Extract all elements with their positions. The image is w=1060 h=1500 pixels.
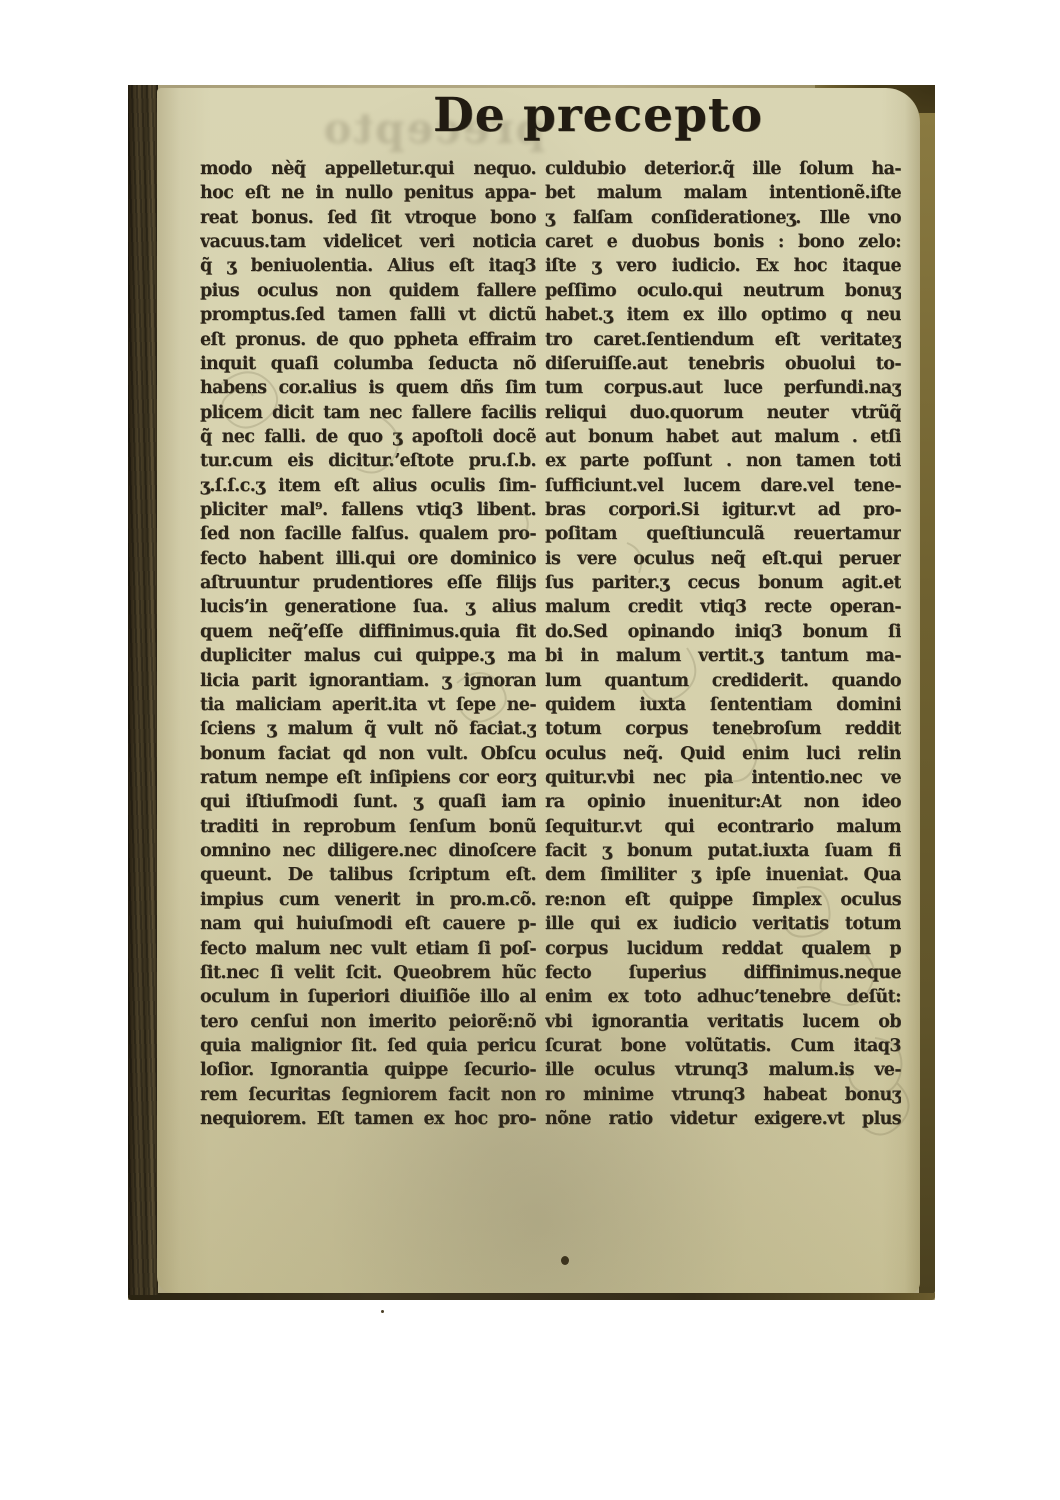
text-line: tro caret.ſentiendum eſt veritateʒ [545,328,901,352]
text-line: tur.cum eis dicitur.ʼeſtote pru.ſ.b. [200,449,536,473]
text-line: qui iſtiuſmodi ſunt. ʒ quaſi iam [200,790,536,814]
text-line: do.Sed opinando iniq3 bonum ſi [545,620,901,644]
text-line: totum corpus tenebroſum reddit [545,717,901,741]
text-line: enim ex toto adhucʼtenebre deſũt: [545,985,901,1009]
text-line: pliciter mal⁹. fallens vtiq3 libent. [200,498,536,522]
text-line: impius cum venerit in pro.m.cõ. [200,888,536,912]
text-line: ʒ falſam conſiderationeʒ. Ille vno [545,206,901,230]
text-line: quem neq̃ʼeſſe diffinimus.quia fit [200,620,536,644]
text-line: ſciens ʒ malum q̃ vult nõ faciat.ʒ [200,717,536,741]
text-line: lucisʼin generatione ſua. ʒ alius [200,595,536,619]
text-line: rem ſecuritas ſegniorem facit non [200,1083,536,1107]
text-line: ſus pariter.ʒ cecus bonum agit.et [545,571,901,595]
text-line: ſed non facille falſus. qualem pro- [200,522,536,546]
text-line: dem ſimiliter ʒ ipſe inueniat. Qua [545,863,901,887]
bottom-page-edge [128,1293,935,1300]
text-line: modo nèq̃ appelletur.qui nequo. [200,157,536,181]
text-line: bonum faciat qd non vult. Obſcu [200,742,536,766]
text-line: facit ʒ bonum putat.iuxta ſuam fi [545,839,901,863]
text-column-left: modo nèq̃ appelletur.qui nequo.hoc eſt n… [200,157,536,1131]
text-line: is vere oculus neq̃ eſt.qui peruer [545,547,901,571]
text-line: ille qui ex iudicio veritatis totum [545,912,901,936]
text-line: eſt pronus. de quo ppheta effraim [200,328,536,352]
text-line: bras corpori.Si igitur.vt ad pro- [545,498,901,522]
text-line: promptus.ſed tamen falli vt dictũ [200,303,536,327]
text-line: traditi in reprobum ſenſum bonũ [200,815,536,839]
text-line: nam qui huiuſmodi eſt cauere p- [200,912,536,936]
text-line: ro minime vtrunq3 habeat bonuʒ [545,1083,901,1107]
page-title: De precepto [433,88,763,143]
text-line: corpus lucidum reddat qualem p [545,937,901,961]
text-line: dupliciter malus cui quippe.ʒ ma [200,644,536,668]
text-line: ratum nempe eſt inſipiens cor eorʒ [200,766,536,790]
text-line: bet malum malam intentionẽ.iſte [545,181,901,205]
text-line: q̃ ʒ beniuolentia. Alius eſt itaq3 [200,254,536,278]
text-line: plicem dicit tam nec fallere facilis [200,401,536,425]
text-line: tia maliciam aperit.ita vt ſepe ne- [200,693,536,717]
text-line: licia parit ignorantiam. ʒ ignoran [200,669,536,693]
text-line: bi in malum vertit.ʒ tantum ma- [545,644,901,668]
paper-speck [381,1310,384,1313]
text-line: fecto habent illi.qui ore dominico [200,547,536,571]
text-line: pius oculus non quidem fallere [200,279,536,303]
paper-speck [886,286,890,292]
text-line: aut bonum habet aut malum . etſi [545,425,901,449]
text-line: habet.ʒ item ex illo optimo q neu [545,303,901,327]
text-line: quidem iuxta ſententiam domini [545,693,901,717]
text-line: oculum in ſuperiori diuiſiõe illo al [200,985,536,1009]
text-line: habens cor.alius is quem dñs ſim [200,376,536,400]
text-line: vbi ignorantia veritatis lucem ob [545,1010,901,1034]
text-line: nõne ratio videtur exigere.vt plus [545,1107,901,1131]
scanned-book-page: precepto De precepto modo nèq̃ appelletu… [128,85,935,1300]
text-line: quitur.vbi nec pia intentio.nec ve [545,766,901,790]
text-line: omnino nec diligere.nec dinoſcere [200,839,536,863]
text-line: nequiorem. Eſt tamen ex hoc pro- [200,1107,536,1131]
text-line: fecto ſuperius diffinimus.neque [545,961,901,985]
text-line: lum quantum crediderit. quando [545,669,901,693]
text-line: caret e duobus bonis : bono zelo: [545,230,901,254]
text-line: culdubio deterior.q̃ ille ſolum ha- [545,157,901,181]
page-surface: precepto De precepto modo nèq̃ appelletu… [157,88,920,1293]
text-line: ra opinio inuenitur:At non ideo [545,790,901,814]
text-line: malum credit vtiq3 recte operan- [545,595,901,619]
text-line: ex parte poſſunt . non tamen toti [545,449,901,473]
text-line: ʒ.ſ.ſ.c.ʒ item eſt alius oculis ſim- [200,474,536,498]
text-line: oculus neq̃. Quid enim luci relin [545,742,901,766]
text-line: diſeruiſſe.aut tenebris obuolui to- [545,352,901,376]
text-line: aſtruuntur prudentiores eſſe filijs [200,571,536,595]
text-line: ille oculus vtrunq3 malum.is ve- [545,1058,901,1082]
text-line: q̃ nec falli. de quo ʒ apoſtoli docẽ [200,425,536,449]
text-line: loſior. Ignorantia quippe ſecurio- [200,1058,536,1082]
text-line: re:non eſt quippe ſimplex oculus [545,888,901,912]
book-spine-edge [128,85,158,1295]
text-line: reat bonus. ſed ſit vtroque bono [200,206,536,230]
text-line: iſte ʒ vero iudicio. Ex hoc itaque [545,254,901,278]
text-line: reliqui duo.quorum neuter vtrũq̃ [545,401,901,425]
text-line: inquit quaſi columba ſeducta nõ [200,352,536,376]
text-line: vacuus.tam videlicet veri noticia [200,230,536,254]
paper-speck [561,1256,569,1265]
text-line: hoc eſt ne in nullo penitus appa- [200,181,536,205]
text-line: tum corpus.aut luce perfundi.naʒ [545,376,901,400]
text-column-right: culdubio deterior.q̃ ille ſolum ha-bet m… [545,157,901,1131]
fore-edge-strip [919,113,935,1295]
text-line: ſit.nec ſi velit ſcit. Queobrem hũc [200,961,536,985]
text-line: quia malignior ſit. ſed quia pericu [200,1034,536,1058]
text-line: ſequitur.vt qui econtrario malum [545,815,901,839]
text-line: queunt. De talibus ſcriptum eſt. [200,863,536,887]
text-line: fecto malum nec vult etiam ſi poſ- [200,937,536,961]
text-line: ſufficiunt.vel lucem dare.vel tene- [545,474,901,498]
text-line: poſitam queſtiunculã reuertamur [545,522,901,546]
text-line: ſcurat bone volũtatis. Cum itaq3 [545,1034,901,1058]
text-line: tero cenſui non imerito peiorẽ:nõ [200,1010,536,1034]
text-line: peſſimo oculo.qui neutrum bonuʒ [545,279,901,303]
